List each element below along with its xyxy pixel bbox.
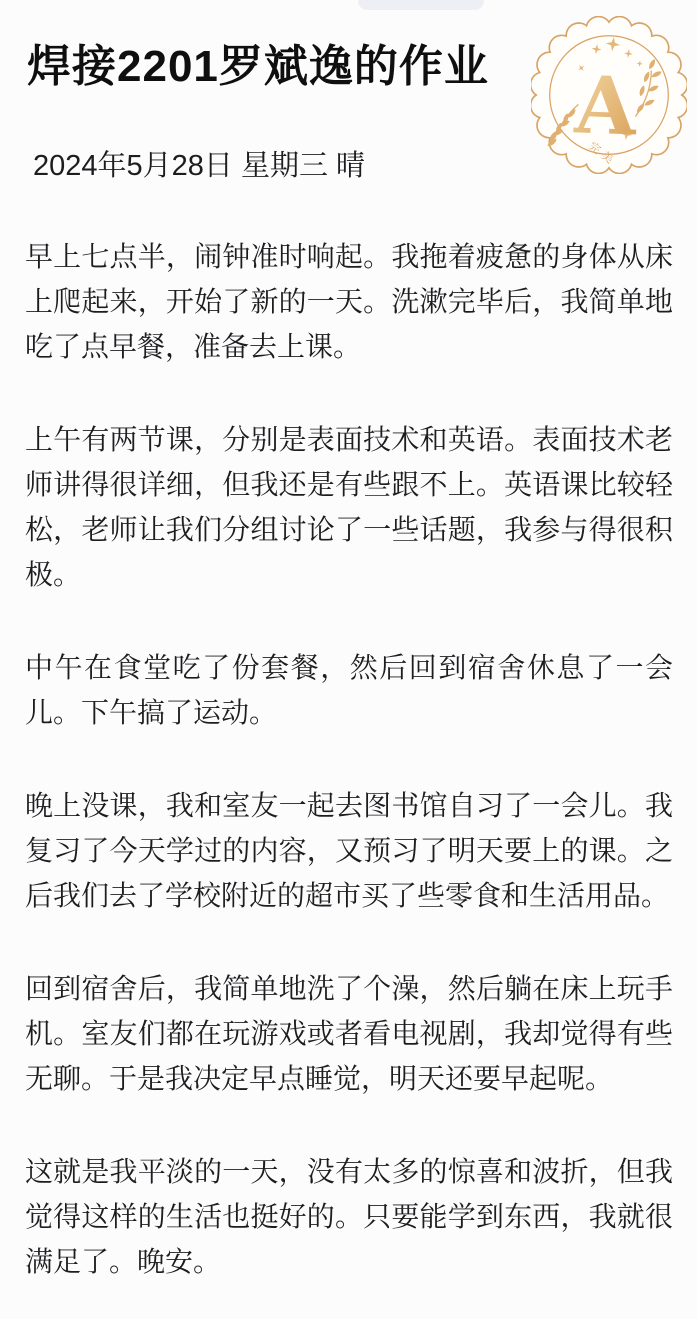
paragraph-closing: 这就是我平淡的一天，没有太多的惊喜和波折，但我觉得这样的生活也挺好的。只要能学到… xyxy=(25,1149,673,1284)
paragraph-classes: 上午有两节课，分别是表面技术和英语。表面技术老师讲得很详细，但我还是有些跟不上。… xyxy=(25,417,673,597)
top-notch-pill xyxy=(358,0,484,10)
diary-page: A 完美 焊接2201罗斌逸的作业 2024年5月28日 星期三 晴 早上七点半… xyxy=(0,0,697,1319)
document-body: 焊接2201罗斌逸的作业 2024年5月28日 星期三 晴 早上七点半，闹钟准时… xyxy=(0,40,697,1284)
grade-seal-badge: A 完美 xyxy=(531,16,687,174)
paragraph-dorm: 回到宿舍后，我简单地洗了个澡，然后躺在床上玩手机。室友们都在玩游戏或者看电视剧，… xyxy=(25,966,673,1101)
grade-seal-icon: A 完美 xyxy=(531,16,687,174)
grade-letter: A xyxy=(572,58,639,153)
paragraph-evening: 晚上没课，我和室友一起去图书馆自习了一会儿。我复习了今天学过的内容，又预习了明天… xyxy=(25,783,673,918)
paragraph-noon: 中午在食堂吃了份套餐，然后回到宿舍休息了一会儿。下午搞了运动。 xyxy=(25,645,673,735)
paragraph-morning: 早上七点半，闹钟准时响起。我拖着疲惫的身体从床上爬起来，开始了新的一天。洗漱完毕… xyxy=(25,234,673,369)
